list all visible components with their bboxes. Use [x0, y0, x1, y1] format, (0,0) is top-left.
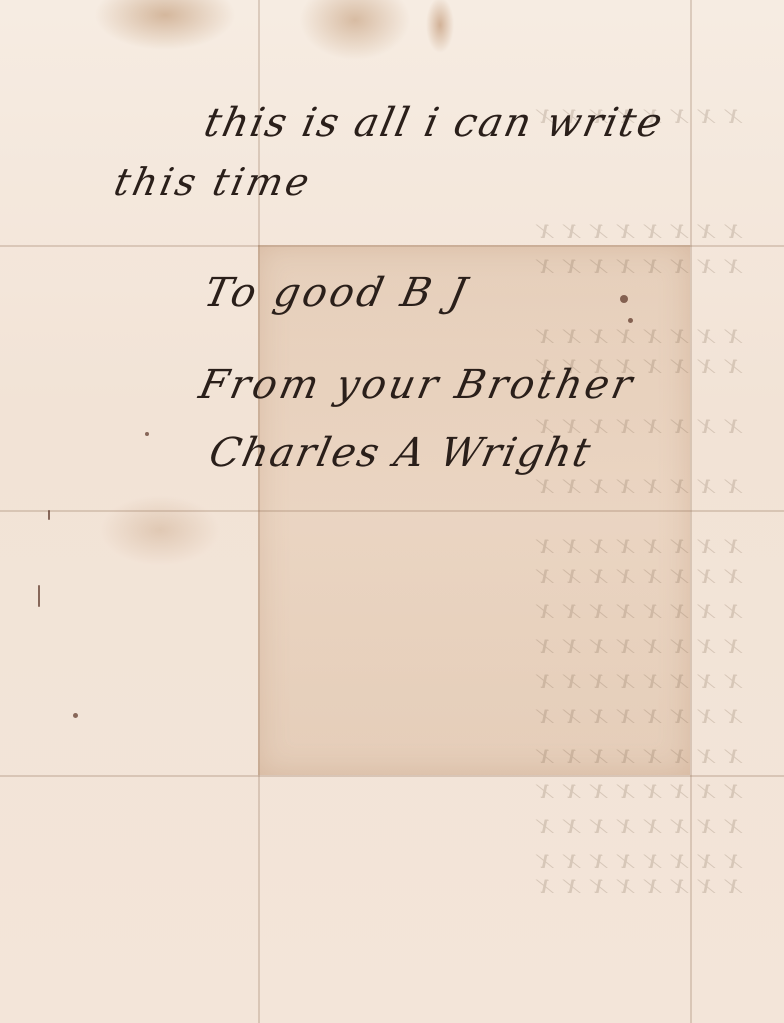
ink-mark	[48, 510, 50, 520]
ink-blot	[73, 713, 78, 718]
handwritten-line-1: this is all i can write	[200, 100, 668, 146]
bleed-through-line: x x x x x x x x	[35, 775, 745, 805]
fold-crease-horizontal-top	[0, 245, 784, 247]
ink-blot	[620, 295, 628, 303]
handwritten-line-2: this time	[110, 160, 316, 204]
bleed-through-line: x x x x x x x x	[35, 870, 745, 900]
bleed-through-line: x x x x x x x x	[35, 630, 745, 660]
bleed-through-line: x x x x x x x x	[35, 700, 745, 730]
signature: Charles A Wright	[205, 430, 596, 476]
ink-mark	[38, 585, 40, 607]
fold-crease-horizontal-middle	[0, 510, 784, 512]
bleed-through-line: x x x x x x x x	[35, 740, 745, 770]
valediction: From your Brother	[195, 362, 639, 408]
ink-blot	[628, 318, 633, 323]
bleed-through-line: x x x x x x x x	[35, 320, 745, 350]
bleed-through-line: x x x x x x x x	[35, 560, 745, 590]
bleed-through-line: x x x x x x x x	[35, 215, 745, 245]
ink-blot	[145, 432, 149, 436]
letter-page: x x x x x x x x x x x x x x x x x x x x …	[0, 0, 784, 1023]
bleed-through-line: x x x x x x x x	[35, 665, 745, 695]
salutation: To good B J	[200, 270, 473, 316]
bleed-through-line: x x x x x x x x	[35, 530, 745, 560]
bleed-through-line: x x x x x x x x	[35, 810, 745, 840]
bleed-through-line: x x x x x x x x	[35, 595, 745, 625]
